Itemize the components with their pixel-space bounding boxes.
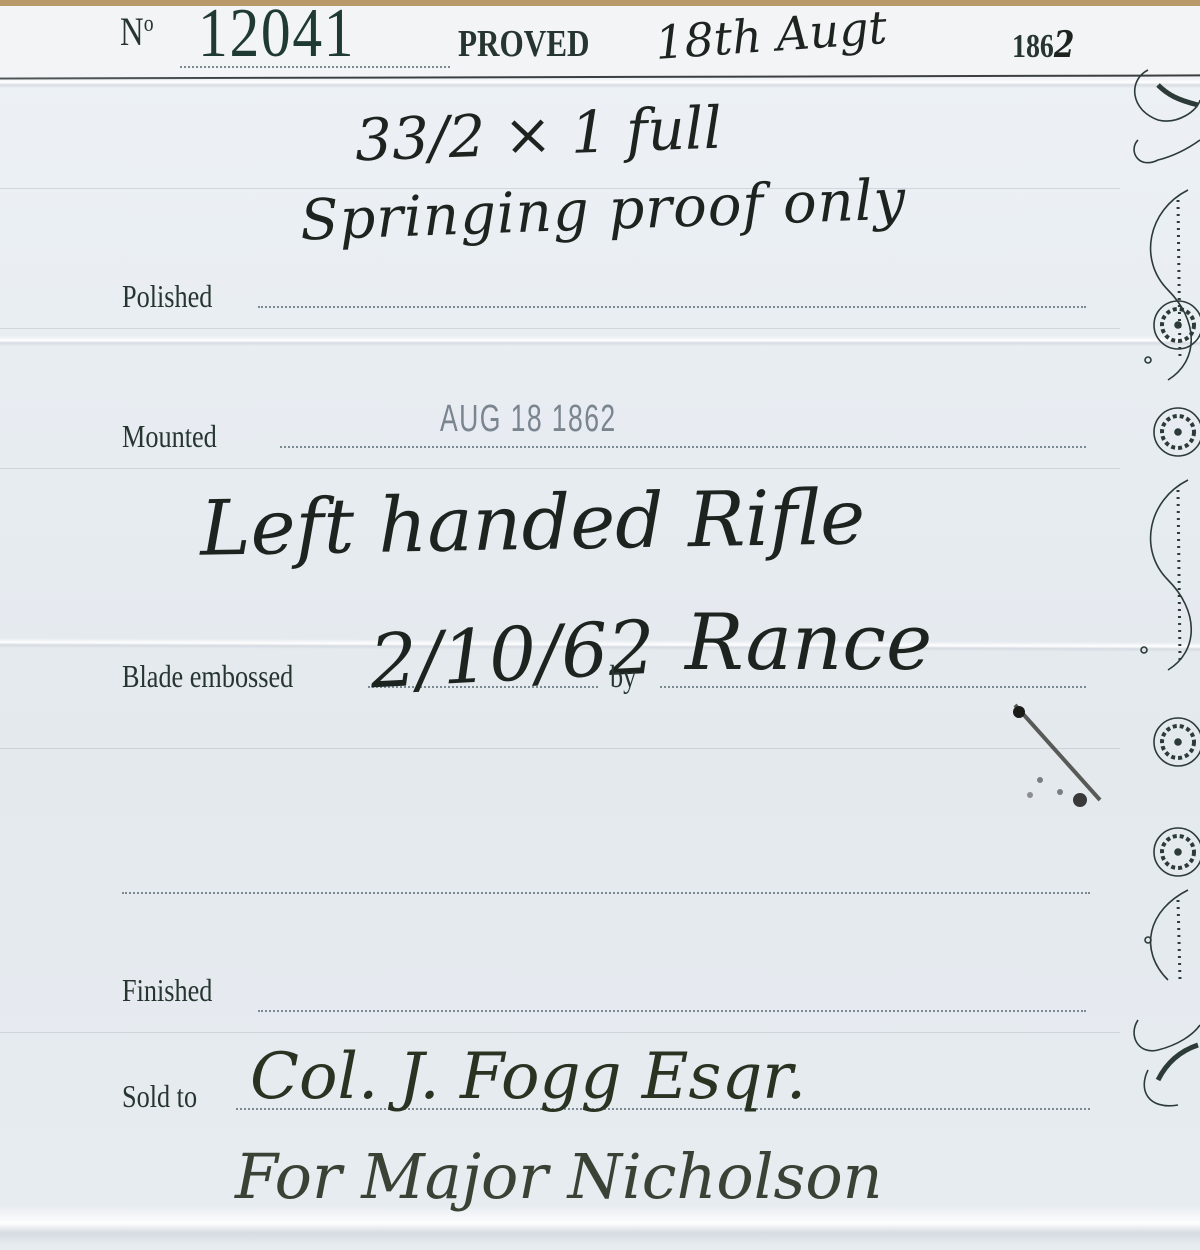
field-label-finished: Finished [122, 972, 212, 1009]
field-label-sold-to: Sold to [122, 1078, 197, 1115]
number-label: No [120, 8, 154, 55]
field-label-mounted: Mounted [122, 418, 217, 455]
paper-crease [0, 78, 1200, 88]
date-stamp: AUG 18 1862 [440, 398, 617, 441]
embosser-name: Rance [685, 598, 932, 688]
ruled-line [0, 328, 1120, 329]
field-line-finished[interactable] [258, 1010, 1086, 1012]
field-line-blank[interactable] [122, 892, 1090, 894]
note-dimensions: 33/2 × 1 full [354, 94, 723, 175]
field-line-mounted[interactable] [280, 446, 1086, 448]
note-left-handed-rifle: Left handed Rifle [199, 472, 866, 573]
year-printed: 1862 [1012, 24, 1074, 66]
ruled-line [0, 748, 1120, 749]
field-label-polished: Polished [122, 278, 212, 315]
floral-border-ornament [1118, 60, 1200, 1120]
ruled-line [0, 1032, 1120, 1033]
ruled-line [0, 468, 1120, 469]
proved-label: PROVED [458, 22, 590, 66]
sold-to-name: Col. J. Fogg Esqr. [250, 1040, 806, 1114]
field-label-blade-embossed: Blade embossed [122, 658, 293, 695]
field-line-polished[interactable] [258, 306, 1086, 308]
ink-smudge [1005, 700, 1105, 810]
by-label: by [610, 658, 636, 695]
serial-number: 12041 [198, 0, 355, 74]
paper-crease [0, 336, 1200, 346]
note-for-major-nicholson: For Major Nicholson [235, 1140, 883, 1213]
